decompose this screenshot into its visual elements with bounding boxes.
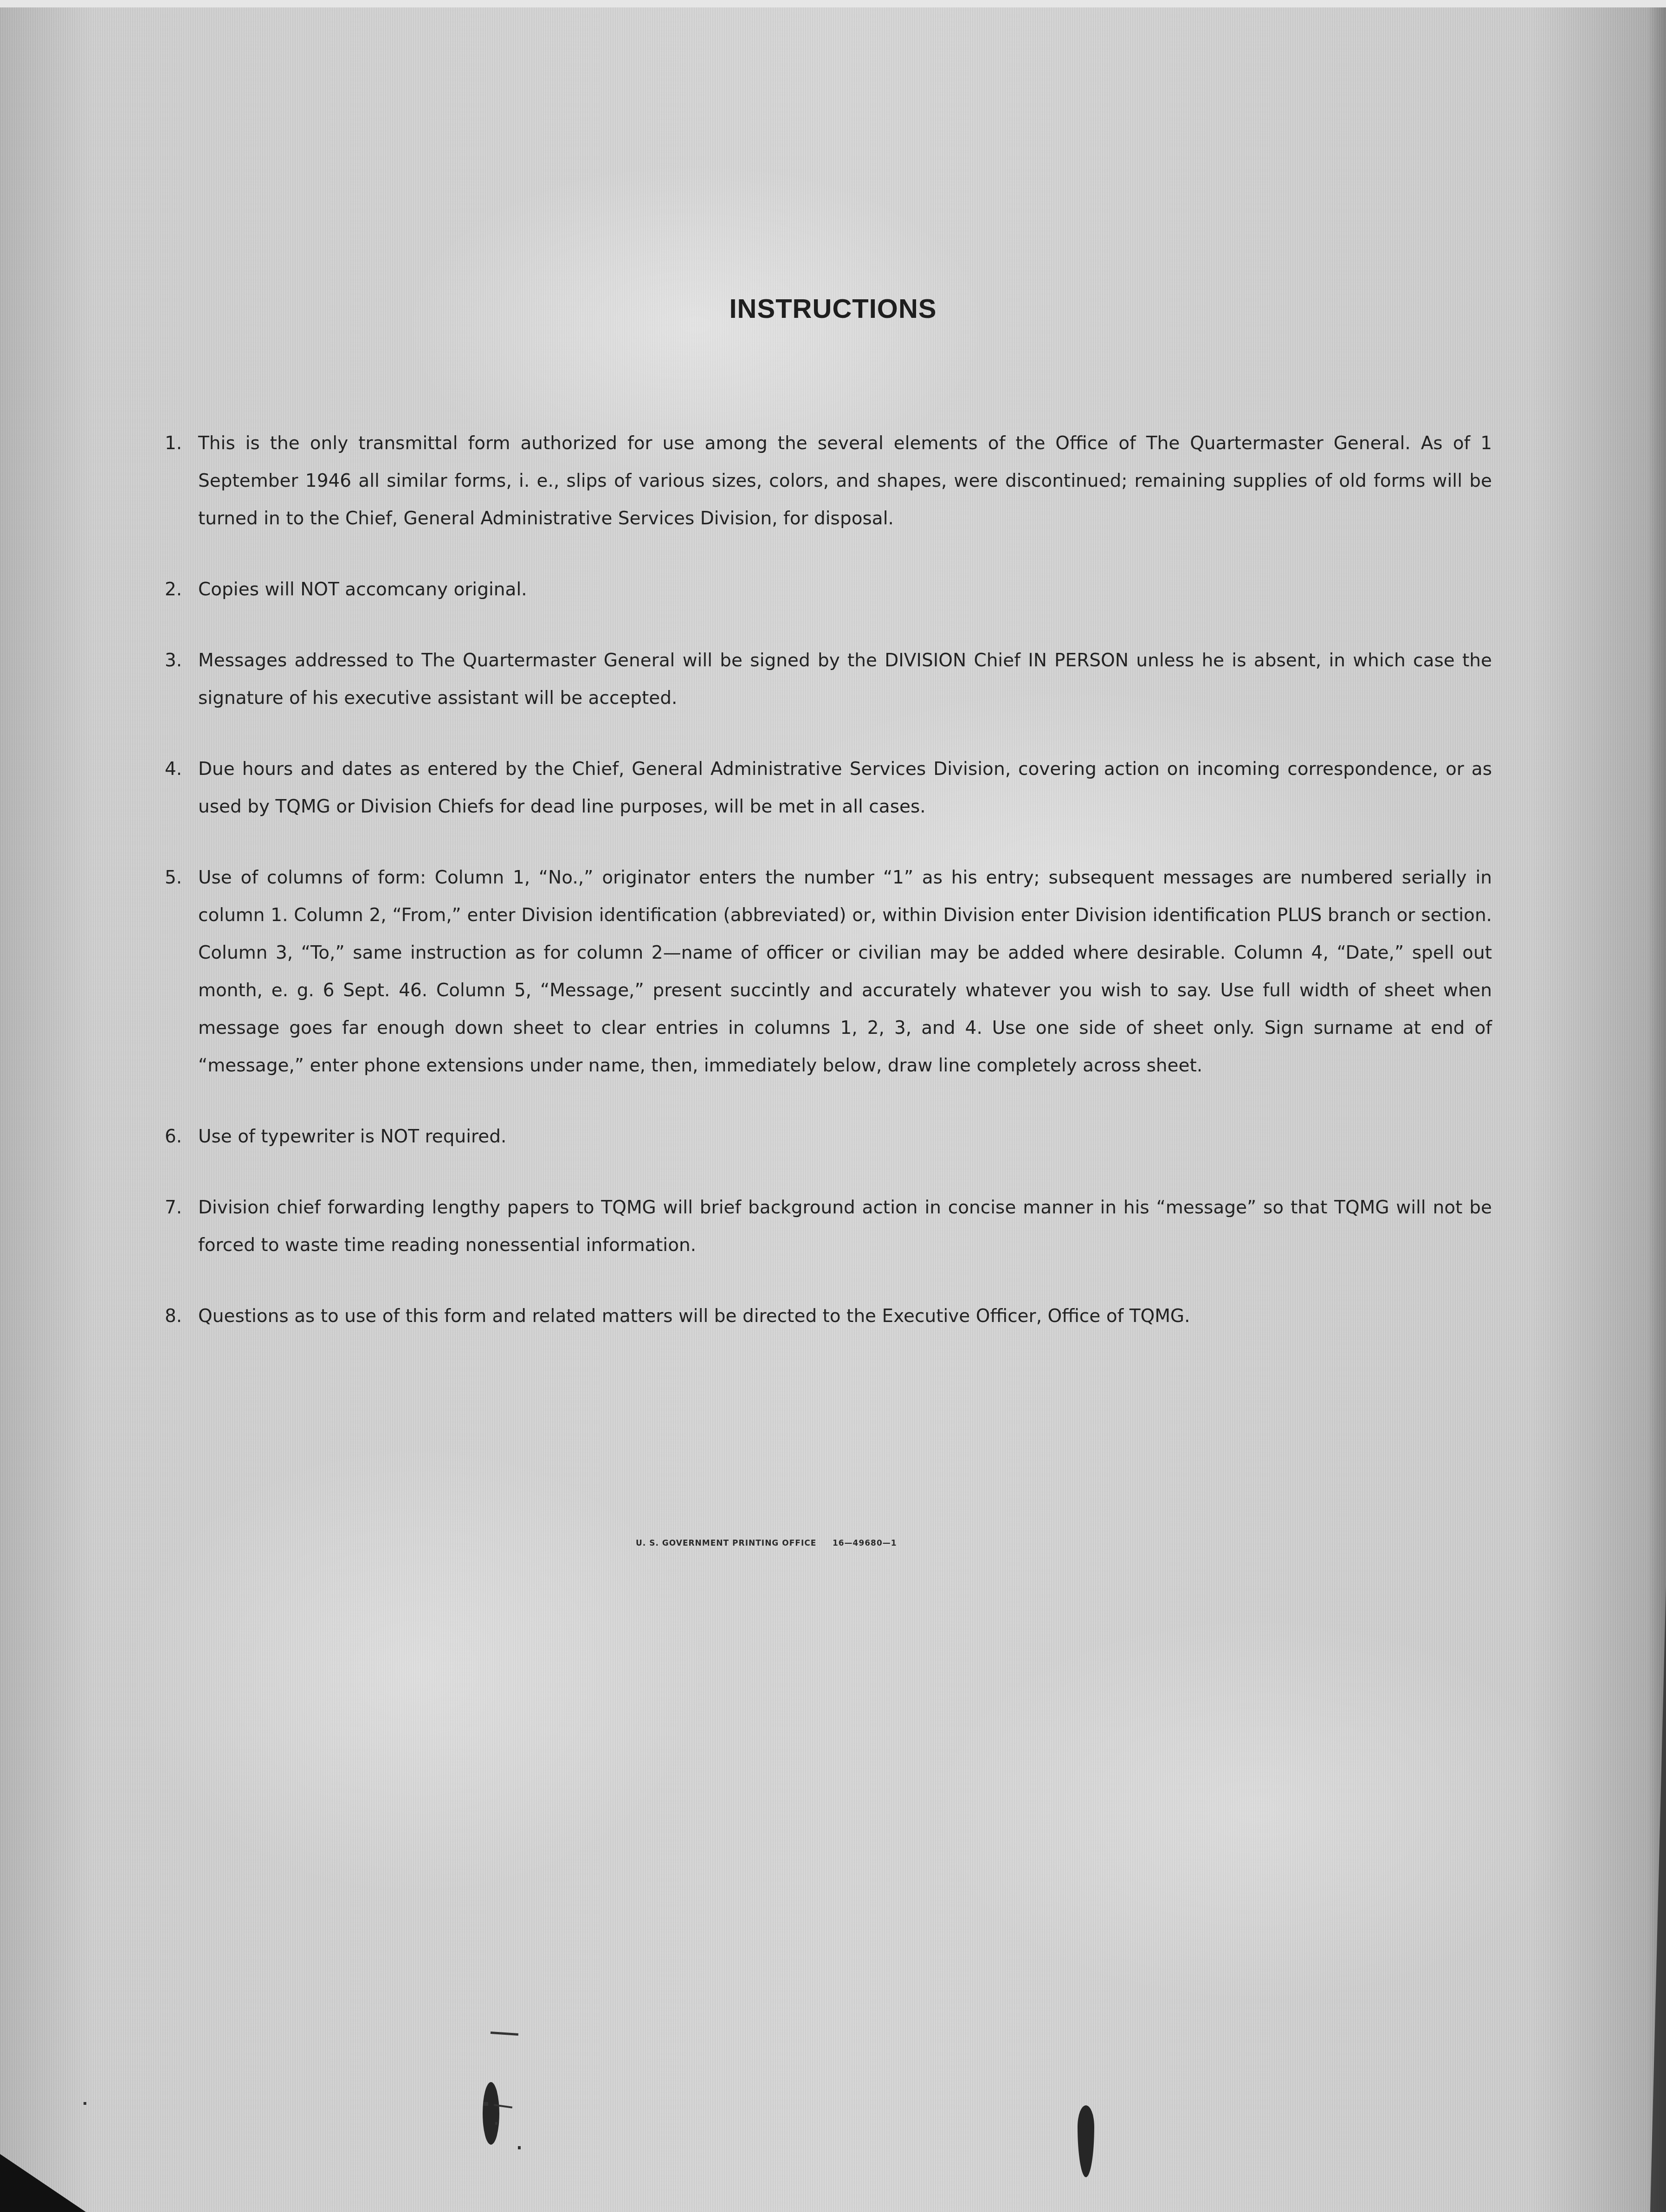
punch-hole-left [483,2082,499,2145]
instruction-number: 6. [165,1118,182,1155]
instruction-text: Questions as to use of this form and rel… [198,1306,1190,1327]
scan-speck [491,2031,518,2036]
instruction-number: 8. [165,1297,182,1335]
instruction-item: 8. Questions as to use of this form and … [165,1297,1492,1335]
instruction-text: Use of columns of form: Column 1, “No.,”… [198,867,1492,1076]
instruction-item: 4. Due hours and dates as entered by the… [165,750,1492,825]
instruction-item: 3. Messages addressed to The Quartermast… [165,642,1492,717]
scanned-page: INSTRUCTIONS 1. This is the only transmi… [0,0,1666,2212]
instruction-item: 1. This is the only transmittal form aut… [165,425,1492,537]
scan-corner-shadow [0,2154,86,2212]
instruction-number: 4. [165,750,182,788]
instruction-text: Messages addressed to The Quartermaster … [198,650,1492,709]
instruction-number: 2. [165,571,182,608]
instruction-number: 1. [165,425,182,462]
instructions-list: 1. This is the only transmittal form aut… [165,425,1492,1368]
page-title: INSTRUCTIONS [0,293,1666,324]
scan-speck [84,2102,86,2105]
instruction-item: 2. Copies will NOT accomcany original. [165,571,1492,608]
instruction-text: Use of typewriter is NOT required. [198,1126,506,1147]
scan-speck [495,2122,497,2125]
instruction-item: 6. Use of typewriter is NOT required. [165,1118,1492,1155]
scan-speck [484,2102,488,2106]
instruction-number: 3. [165,642,182,679]
scan-speck [518,2146,521,2149]
printing-office-imprint: U. S. GOVERNMENT PRINTING OFFICE 16—4968… [636,1539,897,1548]
instruction-number: 5. [165,859,182,896]
instruction-text: Copies will NOT accomcany original. [198,579,527,600]
instruction-text: Division chief forwarding lengthy papers… [198,1197,1492,1256]
instruction-number: 7. [165,1189,182,1226]
scan-top-edge [0,0,1666,7]
instruction-text: This is the only transmittal form author… [198,433,1492,529]
instruction-text: Due hours and dates as entered by the Ch… [198,759,1492,817]
instruction-item: 7. Division chief forwarding lengthy pap… [165,1189,1492,1264]
punch-hole-right [1078,2105,1094,2177]
scan-right-edge-wedge [1650,1586,1666,2212]
instruction-item: 5. Use of columns of form: Column 1, “No… [165,859,1492,1084]
